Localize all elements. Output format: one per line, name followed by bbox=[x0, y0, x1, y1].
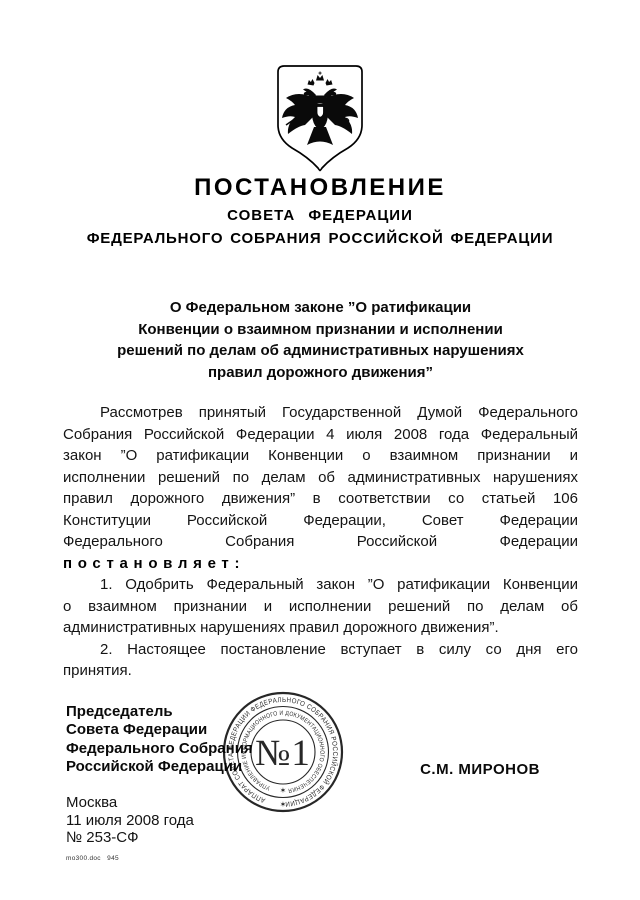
issuance-block: Москва 11 июля 2008 года № 253-СФ bbox=[66, 794, 194, 847]
text-line: о взаимном признании и исполнении решени… bbox=[63, 596, 578, 618]
text-line: Совета Федерации bbox=[66, 721, 326, 739]
text-line: правил дорожного движения” в соответстви… bbox=[63, 488, 578, 510]
coat-of-arms-russia-icon bbox=[274, 64, 366, 176]
text-line: правил дорожного движения” bbox=[63, 362, 578, 384]
document-subtitle-council: СОВЕТА ФЕДЕРАЦИИ bbox=[0, 207, 640, 224]
resolves-word: постановляет: bbox=[63, 553, 578, 575]
stamp-inner-star: ✶ bbox=[280, 786, 287, 795]
document-subtitle-assembly: ФЕДЕРАЛЬНОГО СОБРАНИЯ РОССИЙСКОЙ ФЕДЕРАЦ… bbox=[0, 230, 640, 247]
text-line: закон ”О ратификации Конвенции о взаимно… bbox=[63, 445, 578, 467]
text-line: 2. Настоящее постановление вступает в си… bbox=[63, 639, 578, 661]
text-line: Собрания Российской Федерации 4 июля 200… bbox=[63, 424, 578, 446]
document-body: Рассмотрев принятый Государственной Думо… bbox=[63, 402, 578, 682]
issuance-city: Москва bbox=[66, 794, 194, 812]
file-reference-note: mo300.doc 945 bbox=[66, 855, 119, 862]
text-line: 1. Одобрить Федеральный закон ”О ратифик… bbox=[63, 574, 578, 596]
text-line: О Федеральном законе ”О ратификации bbox=[63, 297, 578, 319]
text-line: административных нарушениях правил дорож… bbox=[63, 617, 578, 639]
text-line: Рассмотрев принятый Государственной Думо… bbox=[63, 402, 578, 424]
issuance-date: 11 июля 2008 года bbox=[66, 812, 194, 830]
document-number: № 253-СФ bbox=[66, 829, 194, 847]
text-line: Конституции Российской Федерации, Совет … bbox=[63, 510, 578, 532]
body-item-2: 2. Настоящее постановление вступает в си… bbox=[63, 639, 578, 682]
body-item-1: 1. Одобрить Федеральный закон ”О ратифик… bbox=[63, 574, 578, 639]
text-line: Председатель bbox=[66, 703, 326, 721]
text-line: Конвенции о взаимном признании и исполне… bbox=[63, 319, 578, 341]
text-line: принятия. bbox=[63, 660, 578, 682]
text-line: исполнении решений по делам об администр… bbox=[63, 467, 578, 489]
stamp-outer-star: ✶ bbox=[280, 800, 287, 809]
text-line: Федерального Собрания bbox=[66, 740, 326, 758]
body-paragraph-preamble: Рассмотрев принятый Государственной Думо… bbox=[63, 402, 578, 553]
document-title: ПОСТАНОВЛЕНИЕ bbox=[0, 174, 640, 202]
coat-of-arms-container bbox=[0, 64, 640, 176]
text-line: Федерального Собрания Российской Федерац… bbox=[63, 531, 578, 553]
document-subject: О Федеральном законе ”О ратификацииКонве… bbox=[63, 297, 578, 383]
text-line: решений по делам об административных нар… bbox=[63, 340, 578, 362]
signature-name: С.М. МИРОНОВ bbox=[0, 761, 540, 778]
